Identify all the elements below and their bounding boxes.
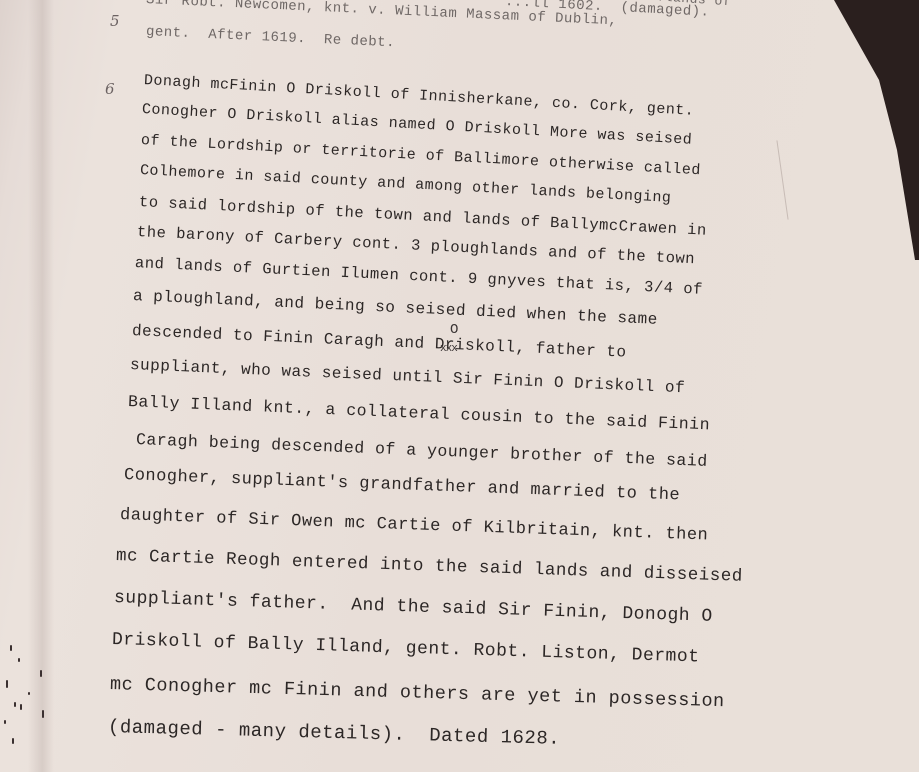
inserted-correction: O	[450, 322, 458, 338]
entry-6-line-13: Conogher, suppliant's grandfather and ma…	[124, 466, 681, 505]
page-crease	[776, 140, 788, 219]
entry-6-line-19: (damaged - many details). Dated 1628.	[108, 716, 561, 750]
entry-5-line-2: gent. After 1619. Re debt.	[146, 24, 396, 51]
document-page: 5 Sir Robt. Newcomen, knt. v. William Ma…	[0, 0, 919, 772]
entry-6-line-15: mc Cartie Reogh entered into the said la…	[116, 546, 743, 587]
entry-6-line-14: daughter of Sir Owen mc Cartie of Kilbri…	[120, 506, 709, 546]
entry-number: 6	[105, 80, 115, 98]
ink-specks	[0, 640, 60, 770]
entry-6-line-9: descended to Finin Caragh and Driskoll, …	[132, 322, 627, 362]
entry-6-line-11: Bally Illand knt., a collateral cousin t…	[128, 392, 711, 434]
entry-6-line-18: mc Conogher mc Finin and others are yet …	[110, 674, 725, 712]
entry-6-line-16: suppliant's father. And the said Sir Fin…	[114, 588, 713, 627]
strike-through-mark: xxx	[440, 343, 457, 355]
entry-6-line-8: a ploughland, and being so seised died w…	[133, 287, 659, 329]
entry-6-line-10: suppliant, who was seised until Sir Fini…	[130, 356, 686, 397]
entry-number: 5	[110, 12, 120, 30]
background-dark-edge	[779, 0, 919, 260]
entry-6-line-17: Driskoll of Bally Illand, gent. Robt. Li…	[112, 630, 700, 667]
entry-6-line-12: Caragh being descended of a younger brot…	[136, 430, 708, 471]
